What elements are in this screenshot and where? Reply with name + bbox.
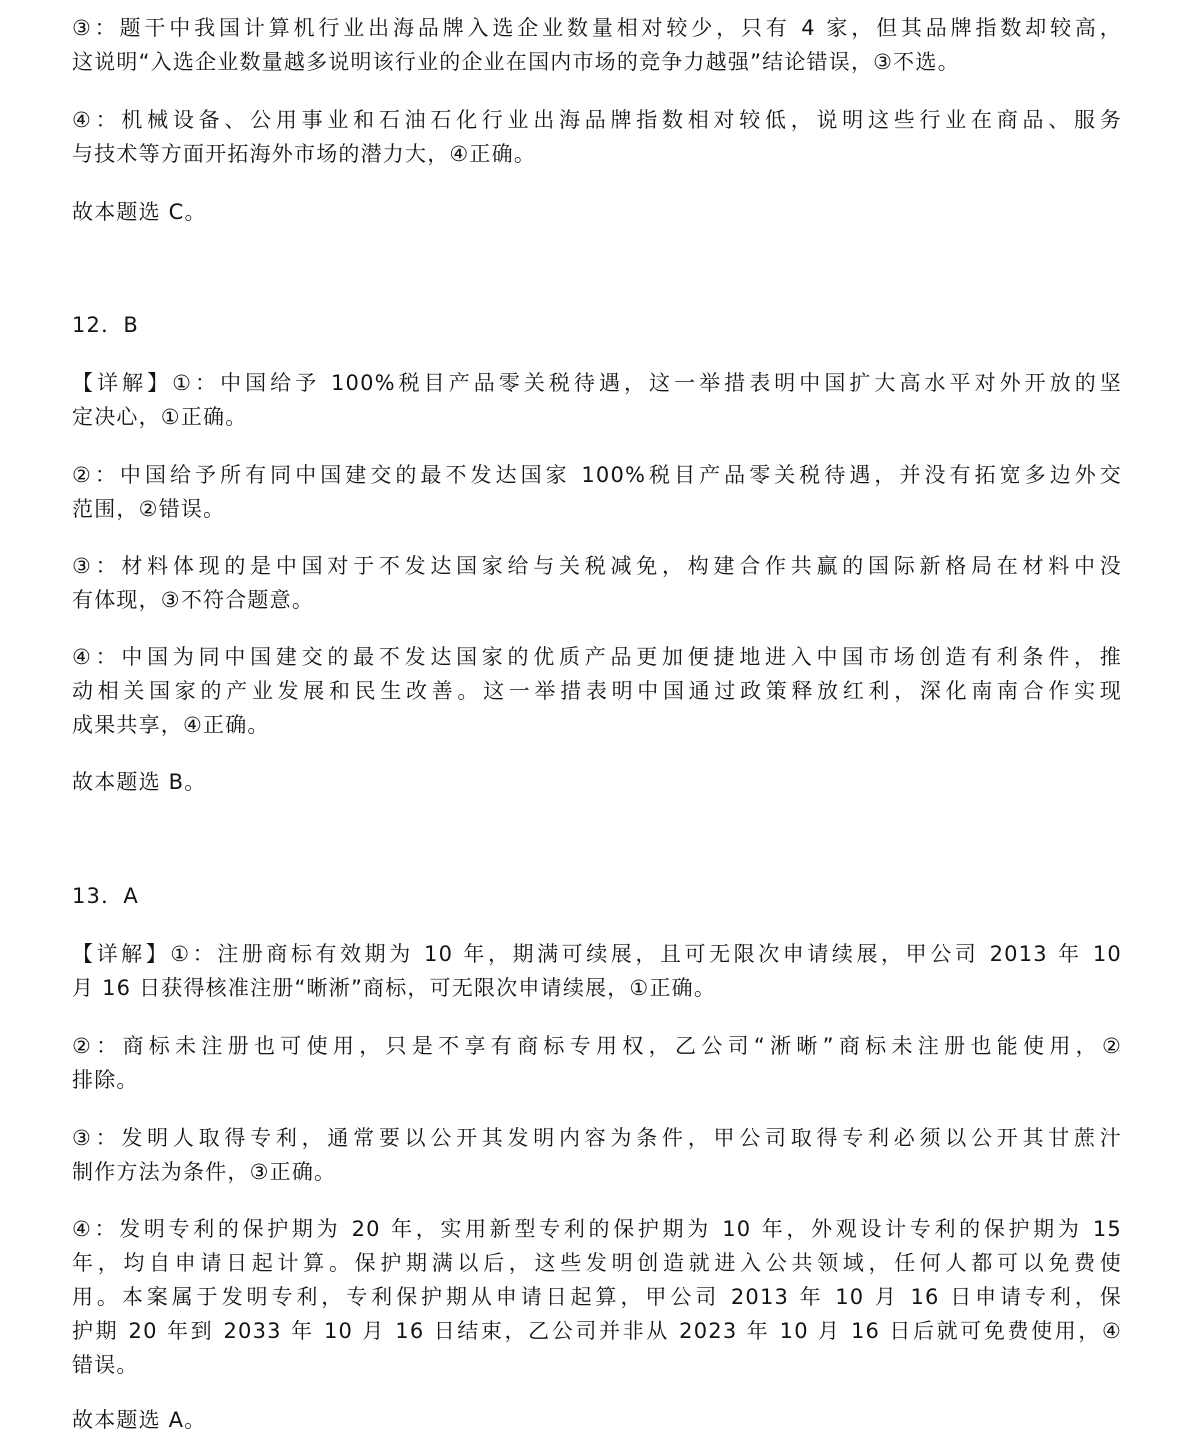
q12-p2-line-2: 范围，②错误。 [72, 492, 1122, 526]
q13-p1-line-1: 【详解】①：注册商标有效期为 10 年，期满可续展，且可无限次申请续展，甲公司 … [72, 937, 1122, 971]
q13-p4-line-5: 错误。 [72, 1348, 1122, 1382]
q13-p4-line-3: 用。本案属于发明专利，专利保护期从申请日起算，甲公司 2013 年 10 月 1… [72, 1280, 1122, 1314]
q13-p2-line-2: 排除。 [72, 1063, 1122, 1097]
q11-p4-line-2: 与技术等方面开拓海外市场的潜力大，④正确。 [72, 137, 1122, 171]
q12-p4-line-2: 动相关国家的产业发展和民生改善。这一举措表明中国通过政策释放红利，深化南南合作实… [72, 674, 1122, 708]
q11-p3-line-1: ③：题干中我国计算机行业出海品牌入选企业数量相对较少，只有 4 家，但其品牌指数… [72, 11, 1122, 45]
q12-p3-line-1: ③：材料体现的是中国对于不发达国家给与关税减免，构建合作共赢的国际新格局在材料中… [72, 549, 1122, 583]
q13-heading: 13．A [72, 879, 1122, 913]
q13-p3-line-2: 制作方法为条件，③正确。 [72, 1155, 1122, 1189]
q13-conclusion: 故本题选 A。 [72, 1403, 1122, 1437]
q11-p4-line-1: ④：机械设备、公用事业和石油石化行业出海品牌指数相对较低，说明这些行业在商品、服… [72, 103, 1122, 137]
q11-p3-line-2: 这说明“入选企业数量越多说明该行业的企业在国内市场的竞争力越强”结论错误，③不选… [72, 45, 1122, 79]
q12-heading: 12．B [72, 308, 1122, 342]
q13-p4-line-4: 护期 20 年到 2033 年 10 月 16 日结束，乙公司并非从 2023 … [72, 1314, 1122, 1348]
q12-p1-line-1: 【详解】①：中国给予 100%税目产品零关税待遇，这一举措表明中国扩大高水平对外… [72, 366, 1122, 400]
q13-p4-line-1: ④：发明专利的保护期为 20 年，实用新型专利的保护期为 10 年，外观设计专利… [72, 1212, 1122, 1246]
q12-p2-line-1: ②：中国给予所有同中国建交的最不发达国家 100%税目产品零关税待遇，并没有拓宽… [72, 458, 1122, 492]
q12-conclusion: 故本题选 B。 [72, 765, 1122, 799]
q13-p3-line-1: ③：发明人取得专利，通常要以公开其发明内容为条件，甲公司取得专利必须以公开其甘蔗… [72, 1121, 1122, 1155]
q12-p4-line-1: ④：中国为同中国建交的最不发达国家的优质产品更加便捷地进入中国市场创造有利条件，… [72, 640, 1122, 674]
q12-p4-line-3: 成果共享，④正确。 [72, 708, 1122, 742]
q13-p2-line-1: ②：商标未注册也可使用，只是不享有商标专用权，乙公司“淅晰”商标未注册也能使用，… [72, 1029, 1122, 1063]
q11-conclusion: 故本题选 C。 [72, 195, 1122, 229]
q13-p4-line-2: 年，均自申请日起计算。保护期满以后，这些发明创造就进入公共领域，任何人都可以免费… [72, 1246, 1122, 1280]
q12-p1-line-2: 定决心，①正确。 [72, 400, 1122, 434]
q12-p3-line-2: 有体现，③不符合题意。 [72, 583, 1122, 617]
q13-p1-line-2: 月 16 日获得核准注册“晰淅”商标，可无限次申请续展，①正确。 [72, 971, 1122, 1005]
